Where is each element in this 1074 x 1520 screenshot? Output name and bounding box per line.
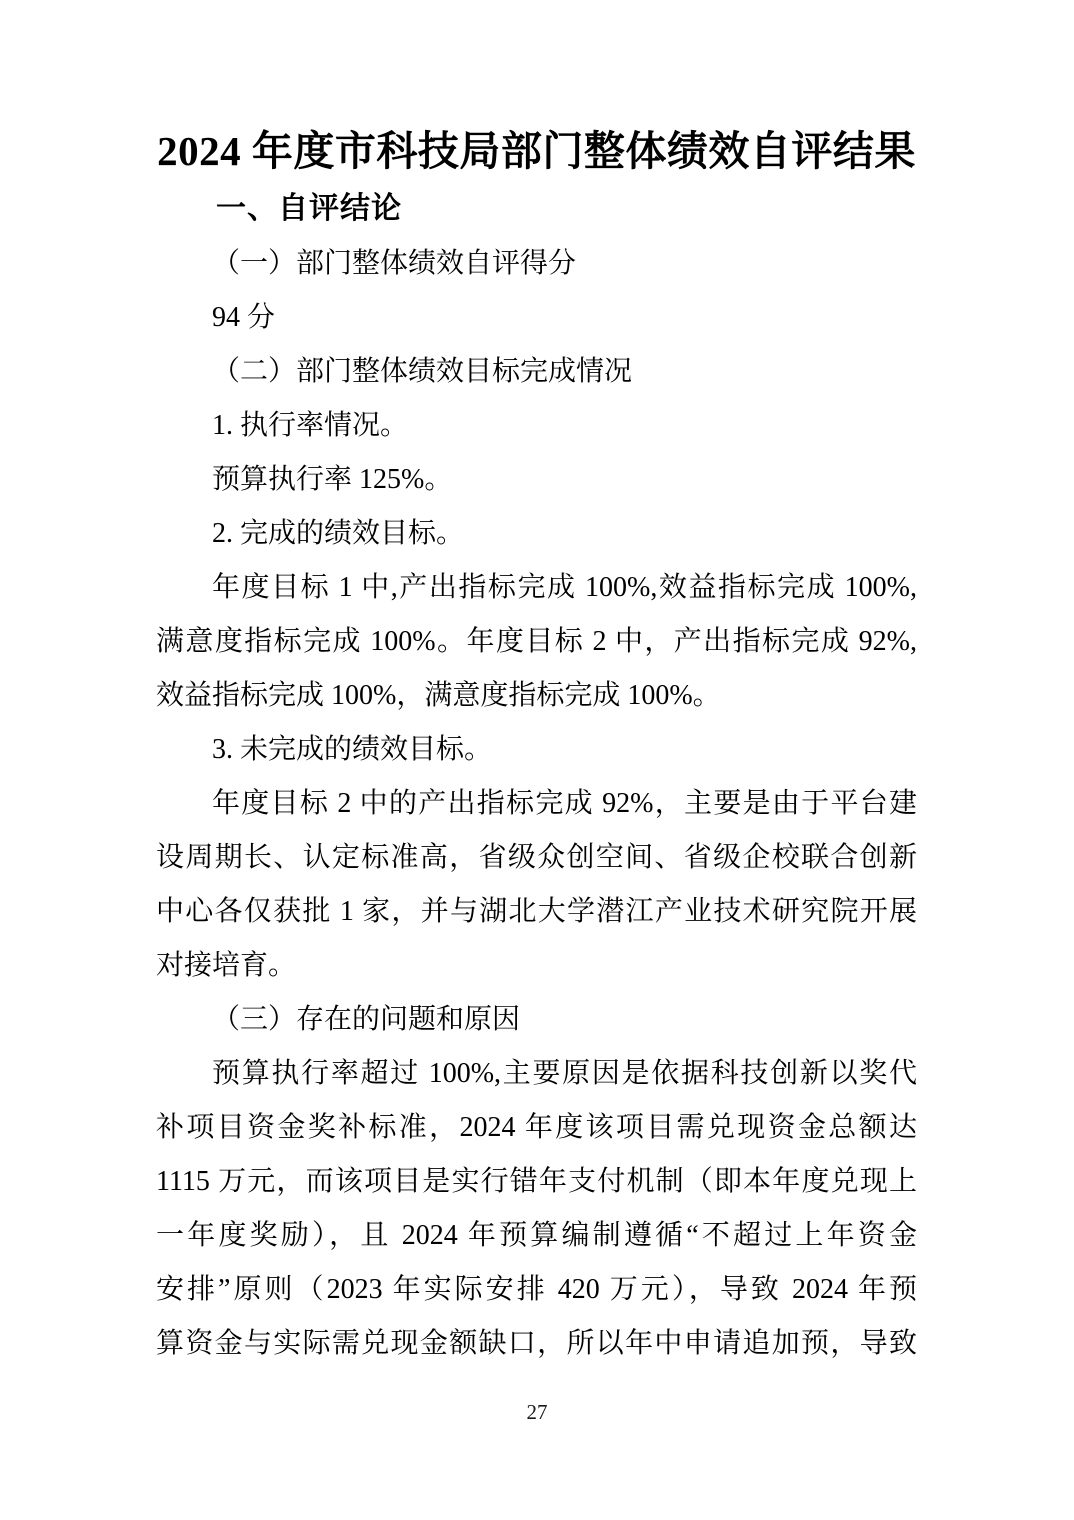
document-page: 2024 年度市科技局部门整体绩效自评结果 一、自评结论 （一）部门整体绩效自评…	[0, 0, 1074, 1520]
body-line: （二）部门整体绩效目标完成情况	[156, 345, 917, 399]
body-line: 效益指标完成 100%，满意度指标完成 100%。	[156, 669, 917, 723]
body-line: 94 分	[156, 291, 917, 345]
body-line: 3. 未完成的绩效目标。	[156, 723, 917, 777]
body-line: （一）部门整体绩效自评得分	[156, 237, 917, 291]
body-line: 预算执行率超过 100%,主要原因是依据科技创新以奖代	[156, 1047, 917, 1101]
body-line: 补项目资金奖补标准，2024 年度该项目需兑现资金总额达	[156, 1101, 917, 1155]
body-line: 1115 万元，而该项目是实行错年支付机制（即本年度兑现上	[156, 1155, 917, 1209]
body-line: （三）存在的问题和原因	[156, 993, 917, 1047]
body-line: 算资金与实际需兑现金额缺口，所以年中申请追加预，导致	[156, 1317, 917, 1371]
page-title: 2024 年度市科技局部门整体绩效自评结果	[56, 124, 1017, 178]
body-line: 设周期长、认定标准高，省级众创空间、省级企校联合创新	[156, 831, 917, 885]
body-line: 年度目标 2 中的产出指标完成 92%，主要是由于平台建	[156, 777, 917, 831]
body-line: 2. 完成的绩效目标。	[156, 507, 917, 561]
body-line: 满意度指标完成 100%。年度目标 2 中，产出指标完成 92%,	[156, 615, 917, 669]
page-number: 27	[0, 1400, 1074, 1425]
body-line: 年度目标 1 中,产出指标完成 100%,效益指标完成 100%,	[156, 561, 917, 615]
document-body: （一）部门整体绩效自评得分94 分（二）部门整体绩效目标完成情况1. 执行率情况…	[156, 237, 917, 1371]
body-line: 安排”原则（2023 年实际安排 420 万元），导致 2024 年预	[156, 1263, 917, 1317]
body-line: 一年度奖励），且 2024 年预算编制遵循“不超过上年资金	[156, 1209, 917, 1263]
section-heading: 一、自评结论	[156, 189, 917, 229]
body-line: 1. 执行率情况。	[156, 399, 917, 453]
body-line: 预算执行率 125%。	[156, 453, 917, 507]
body-line: 中心各仅获批 1 家，并与湖北大学潜江产业技术研究院开展	[156, 885, 917, 939]
body-line: 对接培育。	[156, 939, 917, 993]
